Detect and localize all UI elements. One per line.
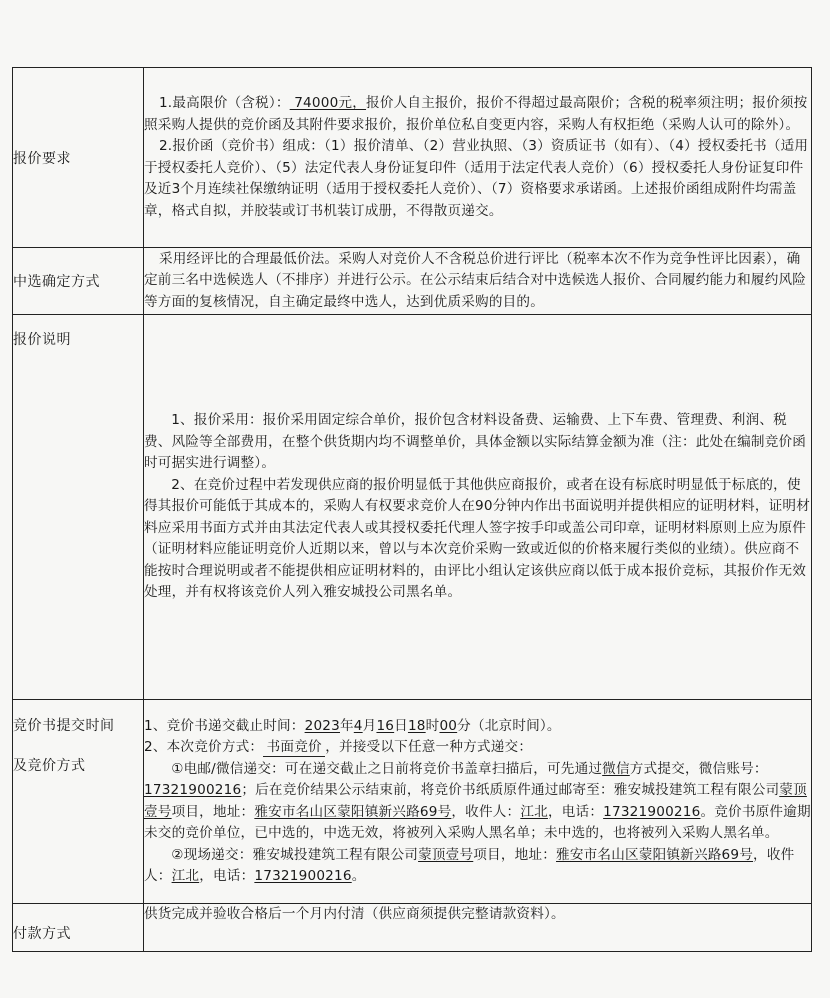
option-onsite: ②现场递交：雅安城投建筑工程有限公司蒙顶壹号项目，地址：雅安市名山区蒙阳镇新兴路… [144, 845, 811, 888]
row-content-quote-notes: 1、报价采用：报价采用固定综合单价，报价包含材料设备费、运输费、上下车费、管理费… [144, 315, 812, 700]
opt1-text-a: ①电邮/微信递交：可在递交截止之日前将竞价书盖章扫描后，可先通过 [171, 761, 602, 777]
opt1-recipient: 江北 [520, 804, 548, 820]
procurement-terms-sheet: 报价要求 1.最高限价（含税）： 74000元，报价人自主报价，报价不得超过最高… [12, 67, 812, 952]
row-label-quote-notes: 报价说明 [13, 315, 144, 700]
deadline-hour: 18 [408, 718, 426, 734]
bid-method-value: 书面竞价 [263, 738, 325, 757]
opt2-text-a: ②现场递交：雅安城投建筑工程有限公司 [171, 847, 418, 863]
row-content-submission: 1、竞价书递交截止时间：2023年4月16日18时00分（北京时间）。 2、本次… [144, 700, 812, 904]
opt1-text-b: 方式提交，微信账号： [630, 761, 768, 777]
opt1-address: 雅安市名山区蒙阳镇新兴路69号 [254, 804, 451, 820]
opt1-wechat-account: 17321900216 [144, 782, 241, 798]
row-label-quote-requirements: 报价要求 [13, 68, 144, 248]
opt1-phone: 17321900216 [603, 804, 700, 820]
deadline-month: 4 [354, 718, 363, 734]
opt2-text-e: 。 [352, 868, 366, 884]
deadline-line: 1、竞价书递交截止时间：2023年4月16日18时00分（北京时间）。 [144, 716, 811, 738]
bid-method-suffix: ，并接受以下任意一种方式递交： [325, 739, 532, 755]
row-label-selection-method: 中选确定方式 [13, 248, 144, 315]
table-row-payment: 付款方式 供货完成并验收合格后一个月内付清（供应商须提供完整请款资料）。 [13, 904, 812, 952]
opt1-text-f: ，电话： [548, 804, 603, 820]
table-row-quote-requirements: 报价要求 1.最高限价（含税）： 74000元，报价人自主报价，报价不得超过最高… [13, 68, 812, 248]
max-price-label: 1.最高限价（含税）： [159, 95, 290, 111]
option-email-wechat: ①电邮/微信递交：可在递交截止之日前将竞价书盖章扫描后，可先通过微信方式提交，微… [144, 759, 811, 845]
deadline-minute: 00 [439, 718, 457, 734]
max-price-paragraph: 1.最高限价（含税）： 74000元，报价人自主报价，报价不得超过最高限价；含税… [144, 93, 811, 136]
terms-table: 报价要求 1.最高限价（含税）： 74000元，报价人自主报价，报价不得超过最高… [12, 67, 812, 952]
row-label-submission: 竞价书提交时间 及竞价方式 [13, 700, 144, 904]
low-price-clause-paragraph: 2、在竞价过程中若发现供应商的报价明显低于其他供应商报价，或者在设有标底时明显低… [144, 475, 811, 604]
table-row-quote-notes: 报价说明 1、报价采用：报价采用固定综合单价，报价包含材料设备费、运输费、上下车… [13, 315, 812, 700]
deadline-year: 2023 [305, 718, 340, 734]
deadline-month-unit: 月 [363, 718, 377, 734]
payment-paragraph: 供货完成并验收合格后一个月内付清（供应商须提供完整请款资料）。 [144, 904, 811, 926]
quote-letter-composition-paragraph: 2.报价函（竞价书）组成：（1）报价清单、（2）营业执照、（3）资质证书（如有）… [144, 136, 811, 222]
opt1-wechat: 微信 [602, 761, 630, 777]
row-content-payment: 供货完成并验收合格后一个月内付清（供应商须提供完整请款资料）。 [144, 904, 812, 952]
table-row-submission: 竞价书提交时间 及竞价方式 1、竞价书递交截止时间：2023年4月16日18时0… [13, 700, 812, 904]
opt2-project: 蒙顶壹号 [418, 847, 473, 863]
opt2-text-d: ，电话： [199, 868, 254, 884]
quote-adoption-paragraph: 1、报价采用：报价采用固定综合单价，报价包含材料设备费、运输费、上下车费、管理费… [144, 410, 811, 475]
deadline-hour-unit: 时 [426, 718, 440, 734]
deadline-label: 1、竞价书递交截止时间： [144, 718, 305, 734]
row-content-quote-requirements: 1.最高限价（含税）： 74000元，报价人自主报价，报价不得超过最高限价；含税… [144, 68, 812, 248]
row-label-submission-line1: 竞价书提交时间 [13, 706, 143, 746]
deadline-year-unit: 年 [340, 718, 354, 734]
deadline-day: 16 [376, 718, 394, 734]
bid-method-line: 2、本次竞价方式：书面竞价，并接受以下任意一种方式递交： [144, 737, 811, 759]
bid-method-label: 2、本次竞价方式： [144, 739, 263, 755]
opt1-text-d: 项目，地址： [172, 804, 255, 820]
table-row-selection-method: 中选确定方式 采用经评比的合理最低价法。采购人对竞价人不含税总价进行评比（税率本… [13, 248, 812, 315]
row-label-submission-line2: 及竞价方式 [13, 746, 143, 786]
opt1-text-c: ；后在竞价结果公示结束前，将竞价书纸质原件通过邮寄至：雅安城投建筑工程有限公司 [241, 782, 779, 798]
opt2-address: 雅安市名山区蒙阳镇新兴路69号 [556, 847, 753, 863]
opt2-phone: 17321900216 [254, 868, 351, 884]
deadline-minute-unit: 分（北京时间）。 [457, 718, 561, 734]
max-price-amount: 74000元， [290, 95, 366, 111]
opt2-text-b: 项目，地址： [473, 847, 556, 863]
row-content-selection-method: 采用经评比的合理最低价法。采购人对竞价人不含税总价进行评比（税率本次不作为竞争性… [144, 248, 812, 315]
row-label-payment: 付款方式 [13, 904, 144, 952]
deadline-day-unit: 日 [394, 718, 408, 734]
opt1-text-e: ，收件人： [451, 804, 520, 820]
opt2-recipient: 江北 [172, 868, 200, 884]
selection-method-paragraph: 采用经评比的合理最低价法。采购人对竞价人不含税总价进行评比（税率本次不作为竞争性… [144, 249, 811, 314]
